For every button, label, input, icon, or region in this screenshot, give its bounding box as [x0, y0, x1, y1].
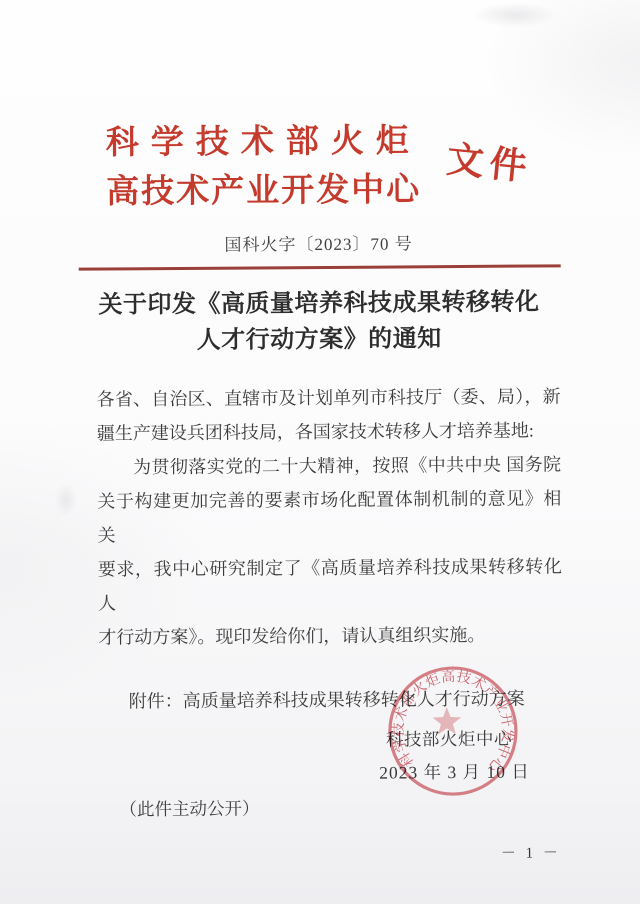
disclosure-note: （此件主动公开） [119, 795, 259, 821]
paragraph-line: 为贯彻落实党的二十大精神，按照《中共中央 国务院 [97, 447, 561, 484]
document-title-line1: 关于印发《高质量培养科技成果转移转化 [0, 284, 639, 324]
signature-date: 2023 年 3 月 10 日 [379, 759, 530, 785]
scanned-letter: 科学技术部火炬 高技术产业开发中心 文件 国科火字〔2023〕70 号 关于印发… [0, 0, 640, 904]
paragraph-line: 才行动方案》。现印发给你们，请认真组织实施。 [98, 617, 562, 654]
salutation-line: 疆生产建设兵团科技局，各国家技术转移人才培养基地: [97, 413, 561, 450]
signature-org-name: 科技部火炬中心 [386, 726, 512, 752]
document-body: 各省、自治区、直辖市及计划单列市科技厅（委、局），新 疆生产建设兵团科技局，各国… [97, 379, 563, 718]
salutation-line: 各省、自治区、直辖市及计划单列市科技厅（委、局），新 [97, 379, 561, 416]
paragraph-line: 要求，我中心研究制定了《高质量培养科技成果转移转化人 [98, 549, 562, 620]
paragraph-line: 关于构建更加完善的要素市场化配置体制机制的意见》相关 [97, 481, 561, 552]
attachment-line: 附件：高质量培养科技成果转移转化人才行动方案 [99, 681, 563, 718]
letterhead-divider-rule [79, 264, 561, 270]
document-title-line2: 人才行动方案》的通知 [0, 320, 639, 360]
document-page: 科学技术部火炬 高技术产业开发中心 文件 国科火字〔2023〕70 号 关于印发… [0, 0, 640, 904]
document-number: 国科火字〔2023〕70 号 [0, 228, 639, 257]
document-title: 关于印发《高质量培养科技成果转移转化 人才行动方案》的通知 [0, 284, 639, 360]
page-number: － 1 － [501, 841, 561, 862]
letterhead-org-line2: 高技术产业开发中心 [106, 163, 421, 212]
letterhead-doc-type-label: 文件 [445, 129, 536, 191]
letterhead-org-line1: 科学技术部火炬 [106, 114, 421, 163]
